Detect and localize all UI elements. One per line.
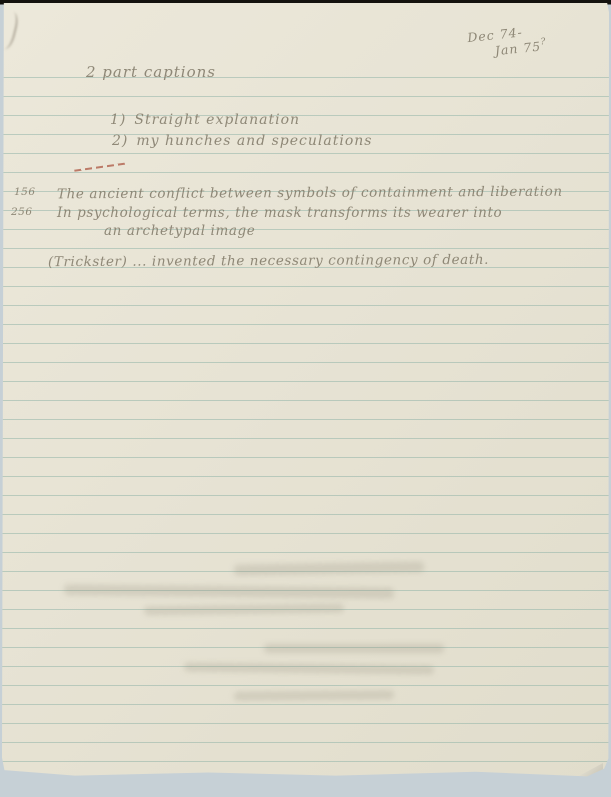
- margin-ref-2: 256: [11, 206, 33, 218]
- corner-date: Dec 74- Jan 75?: [467, 23, 548, 60]
- corner-date-question-mark: ?: [540, 37, 547, 48]
- list-item-1-number: 1): [110, 112, 126, 128]
- bleed-through-mark: [264, 644, 444, 653]
- note-line-1: The ancient conflict between symbols of …: [57, 184, 563, 203]
- list-item-1: 1)Straight explanation: [110, 112, 300, 128]
- list-item-2-number: 2): [112, 133, 128, 149]
- corner-date-line2-text: Jan 75: [494, 39, 542, 59]
- note-line-2: In psychological terms, the mask transfo…: [57, 205, 502, 221]
- note-line-3: an archetypal image: [104, 223, 255, 239]
- scanned-notebook-page: { "document": { "corner_date": { "line1"…: [0, 0, 611, 797]
- corner-scribble-mark: [0, 9, 20, 50]
- page-heading: 2 part captions: [86, 63, 216, 81]
- margin-ref-1: 156: [14, 186, 36, 198]
- bleed-through-mark: [234, 690, 394, 700]
- list-item-2: 2)my hunches and speculations: [112, 133, 372, 149]
- list-item-2-text: my hunches and speculations: [136, 133, 372, 149]
- paper-sheet: Dec 74- Jan 75? 2 part captions 1)Straig…: [2, 3, 609, 785]
- note-line-4: (Trickster) ... invented the necessary c…: [48, 252, 489, 270]
- list-item-1-text: Straight explanation: [134, 112, 300, 128]
